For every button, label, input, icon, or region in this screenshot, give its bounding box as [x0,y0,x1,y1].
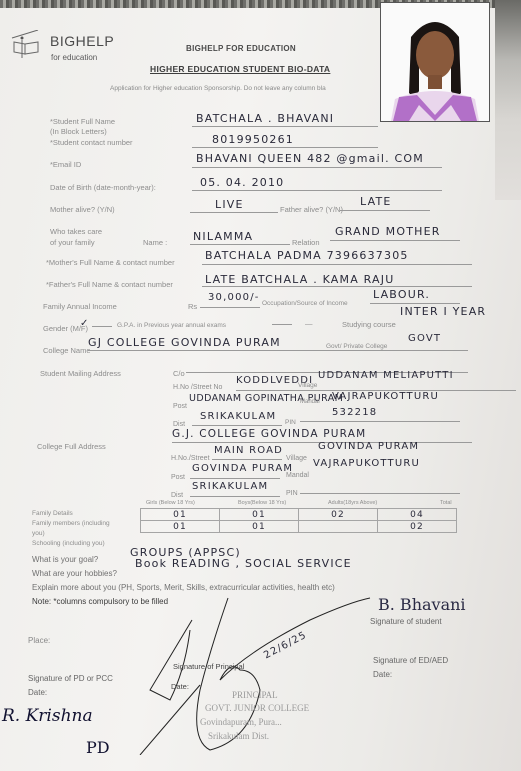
college-address-line1[interactable]: G.J. COLLEGE GOVINDA PURAM [172,428,366,440]
college-pin-label: PIN [286,490,298,497]
principal-signature-label: Signature of Principal [173,662,244,671]
college-village-field[interactable]: GOVINDA PURAM [318,441,419,452]
family-members-label: Family members (including [32,520,110,527]
principal-date-label: Date: [171,682,189,691]
pd-signature-label: Signature of PD or PCC [28,674,113,683]
college-type-field[interactable]: GOVT [408,333,441,344]
course-field[interactable]: INTER I YEAR [400,305,486,318]
mailing-village-field[interactable]: UDDANAM MELIAPUTTI [318,370,454,381]
place-label: Place: [28,636,50,645]
mailing-pin-label: PIN [285,419,296,426]
income-field[interactable]: 30,000/- [208,292,260,303]
occupation-label: Occupation/Source of Income [262,300,348,307]
form-instruction: Application for Higher education Sponsor… [110,85,326,92]
college-type-label: Govt/ Private College [326,343,387,350]
total-family-cell[interactable]: 04 [378,509,457,521]
hobbies-label: What are your hobbies? [32,569,117,578]
college-village-label: Village [286,455,307,462]
gpa-label: G.P.A. in Previous year annual exams [117,322,226,329]
currency-label: Rs [188,302,197,311]
college-post-label: Post [171,474,185,481]
ed-date-label: Date: [373,670,392,679]
father-alive-label: Father alive? (Y/N) [280,205,343,214]
schooling-label: Schooling (including you) [32,540,105,547]
goal-label: What is your goal? [32,555,98,564]
co-label: C/o [173,369,185,378]
student-name-field[interactable]: BATCHALA . BHAVANI [196,112,334,125]
relation-field[interactable]: GRAND MOTHER [335,225,441,238]
table-row-schooling: 01 01 02 [141,521,457,533]
college-name-field[interactable]: GJ COLLEGE GOVINDA PURAM [88,336,281,349]
income-label: Family Annual Income [43,302,117,311]
email-label: *Email ID [50,160,81,169]
dob-label: Date of Birth (date-month-year): [50,183,156,192]
gender-field[interactable]: ✓ [80,318,90,329]
stamp-line4: Srikakulam Dist. [208,731,269,741]
mailing-pin-field[interactable]: 532218 [332,407,377,418]
family-details-table: 01 01 02 04 01 01 02 [140,508,457,533]
background-right-edge [495,0,521,200]
mother-alive-label: Mother alive? (Y/N) [50,205,115,214]
caretaker-label: Who takes care [50,227,102,236]
student-photo [380,2,490,122]
ed-signature-label: Signature of ED/AED [373,656,448,665]
college-address-label: College Full Address [37,442,106,451]
stamp-line2: GOVT. JUNIOR COLLEGE [205,703,309,713]
contact-field[interactable]: 8019950261 [212,133,294,146]
book-logo-icon [8,30,44,65]
boys-family-cell[interactable]: 01 [220,509,299,521]
mailing-dist-label: Dist [173,421,185,428]
college-street-field[interactable]: MAIN ROAD [214,445,283,456]
mother-alive-field[interactable]: LIVE [215,198,244,211]
student-signature-label: Signature of student [370,617,442,626]
mailing-post-field[interactable]: UDDANAM GOPINATHA PURAM [189,393,343,404]
college-mandal-label: Mandal [286,472,309,479]
stamp-line3: Govindapuram, Pura... [200,717,282,727]
adults-schooling-cell[interactable] [299,521,378,533]
mailing-mandal-field[interactable]: VAJRAPUKOTTURU [332,391,439,402]
family-details-label: Family Details [32,510,73,517]
college-dist-field[interactable]: SRIKAKULAM [192,481,268,492]
org-title: BIGHELP FOR EDUCATION [186,44,296,53]
mother-name-label: *Mother's Full Name & contact number [46,258,175,267]
form-title: HIGHER EDUCATION STUDENT BIO-DATA [150,64,330,74]
pd-date-label: Date: [28,688,47,697]
relation-label: Relation [292,238,320,247]
gpa-field[interactable]: — [305,319,313,328]
caretaker-name-field[interactable]: NILAMMA [193,230,253,243]
girls-schooling-cell[interactable]: 01 [141,521,220,533]
boys-schooling-cell[interactable]: 01 [220,521,299,533]
father-name-field[interactable]: LATE BATCHALA . KAMA RAJU [205,273,394,286]
college-name-label: College Name [43,346,91,355]
col-girls: Girls (Below 18 Yrs) [146,500,195,506]
hobbies-field[interactable]: Book READING , SOCIAL SERVICE [135,557,352,570]
occupation-field[interactable]: LABOUR. [373,288,430,301]
mailing-dist-field[interactable]: SRIKAKULAM [200,411,276,422]
col-total: Total [440,500,452,506]
college-post-field[interactable]: GOVINDA PURAM [192,463,293,474]
mailing-mandal-label: Mandal [300,399,320,405]
mailing-address-label: Student Mailing Address [40,369,121,378]
college-street-label: H.No./Street [171,455,210,462]
contact-label: *Student contact number [50,138,133,147]
student-name-label: *Student Full Name [50,117,115,126]
caretaker-label-sub: of your family [50,238,95,247]
logo-subtitle: for education [51,53,97,62]
col-adults: Adults(18yrs Above) [328,500,377,506]
mailing-village-label: Village [298,382,317,389]
col-boys: Boys(Below 18 Yrs) [238,500,286,506]
caretaker-name-label: Name : [143,238,167,247]
father-name-label: *Father's Full Name & contact number [46,280,173,289]
girls-family-cell[interactable]: 01 [141,509,220,521]
student-signature: B. Bhavani [378,595,466,614]
mailing-post-label: Post [173,403,187,410]
college-dist-label: Dist [171,492,183,499]
student-name-label-sub: (In Block Letters) [50,127,107,136]
family-members-label-sub: you) [32,530,45,537]
pd-signature: R. Krishna [2,706,93,726]
adults-family-cell[interactable]: 02 [299,509,378,521]
total-schooling-cell[interactable]: 02 [378,521,457,533]
pd-mark: PD [86,738,110,757]
college-mandal-field[interactable]: VAJRAPUKOTTURU [313,458,420,469]
course-label: Studying course [342,320,396,329]
dob-field[interactable]: 05. 04. 2010 [200,176,284,189]
logo-title: BIGHELP [50,33,114,49]
email-field[interactable]: BHAVANI QUEEN 482 @gmail. COM [196,152,424,165]
table-row-family-members: 01 01 02 04 [141,509,457,521]
father-alive-field[interactable]: LATE [360,195,392,208]
mother-name-field[interactable]: BATCHALA PADMA 7396637305 [205,249,409,262]
mailing-street-label: H.No /Street No [173,384,222,391]
stamp-line1: PRINCIPAL [232,690,278,700]
